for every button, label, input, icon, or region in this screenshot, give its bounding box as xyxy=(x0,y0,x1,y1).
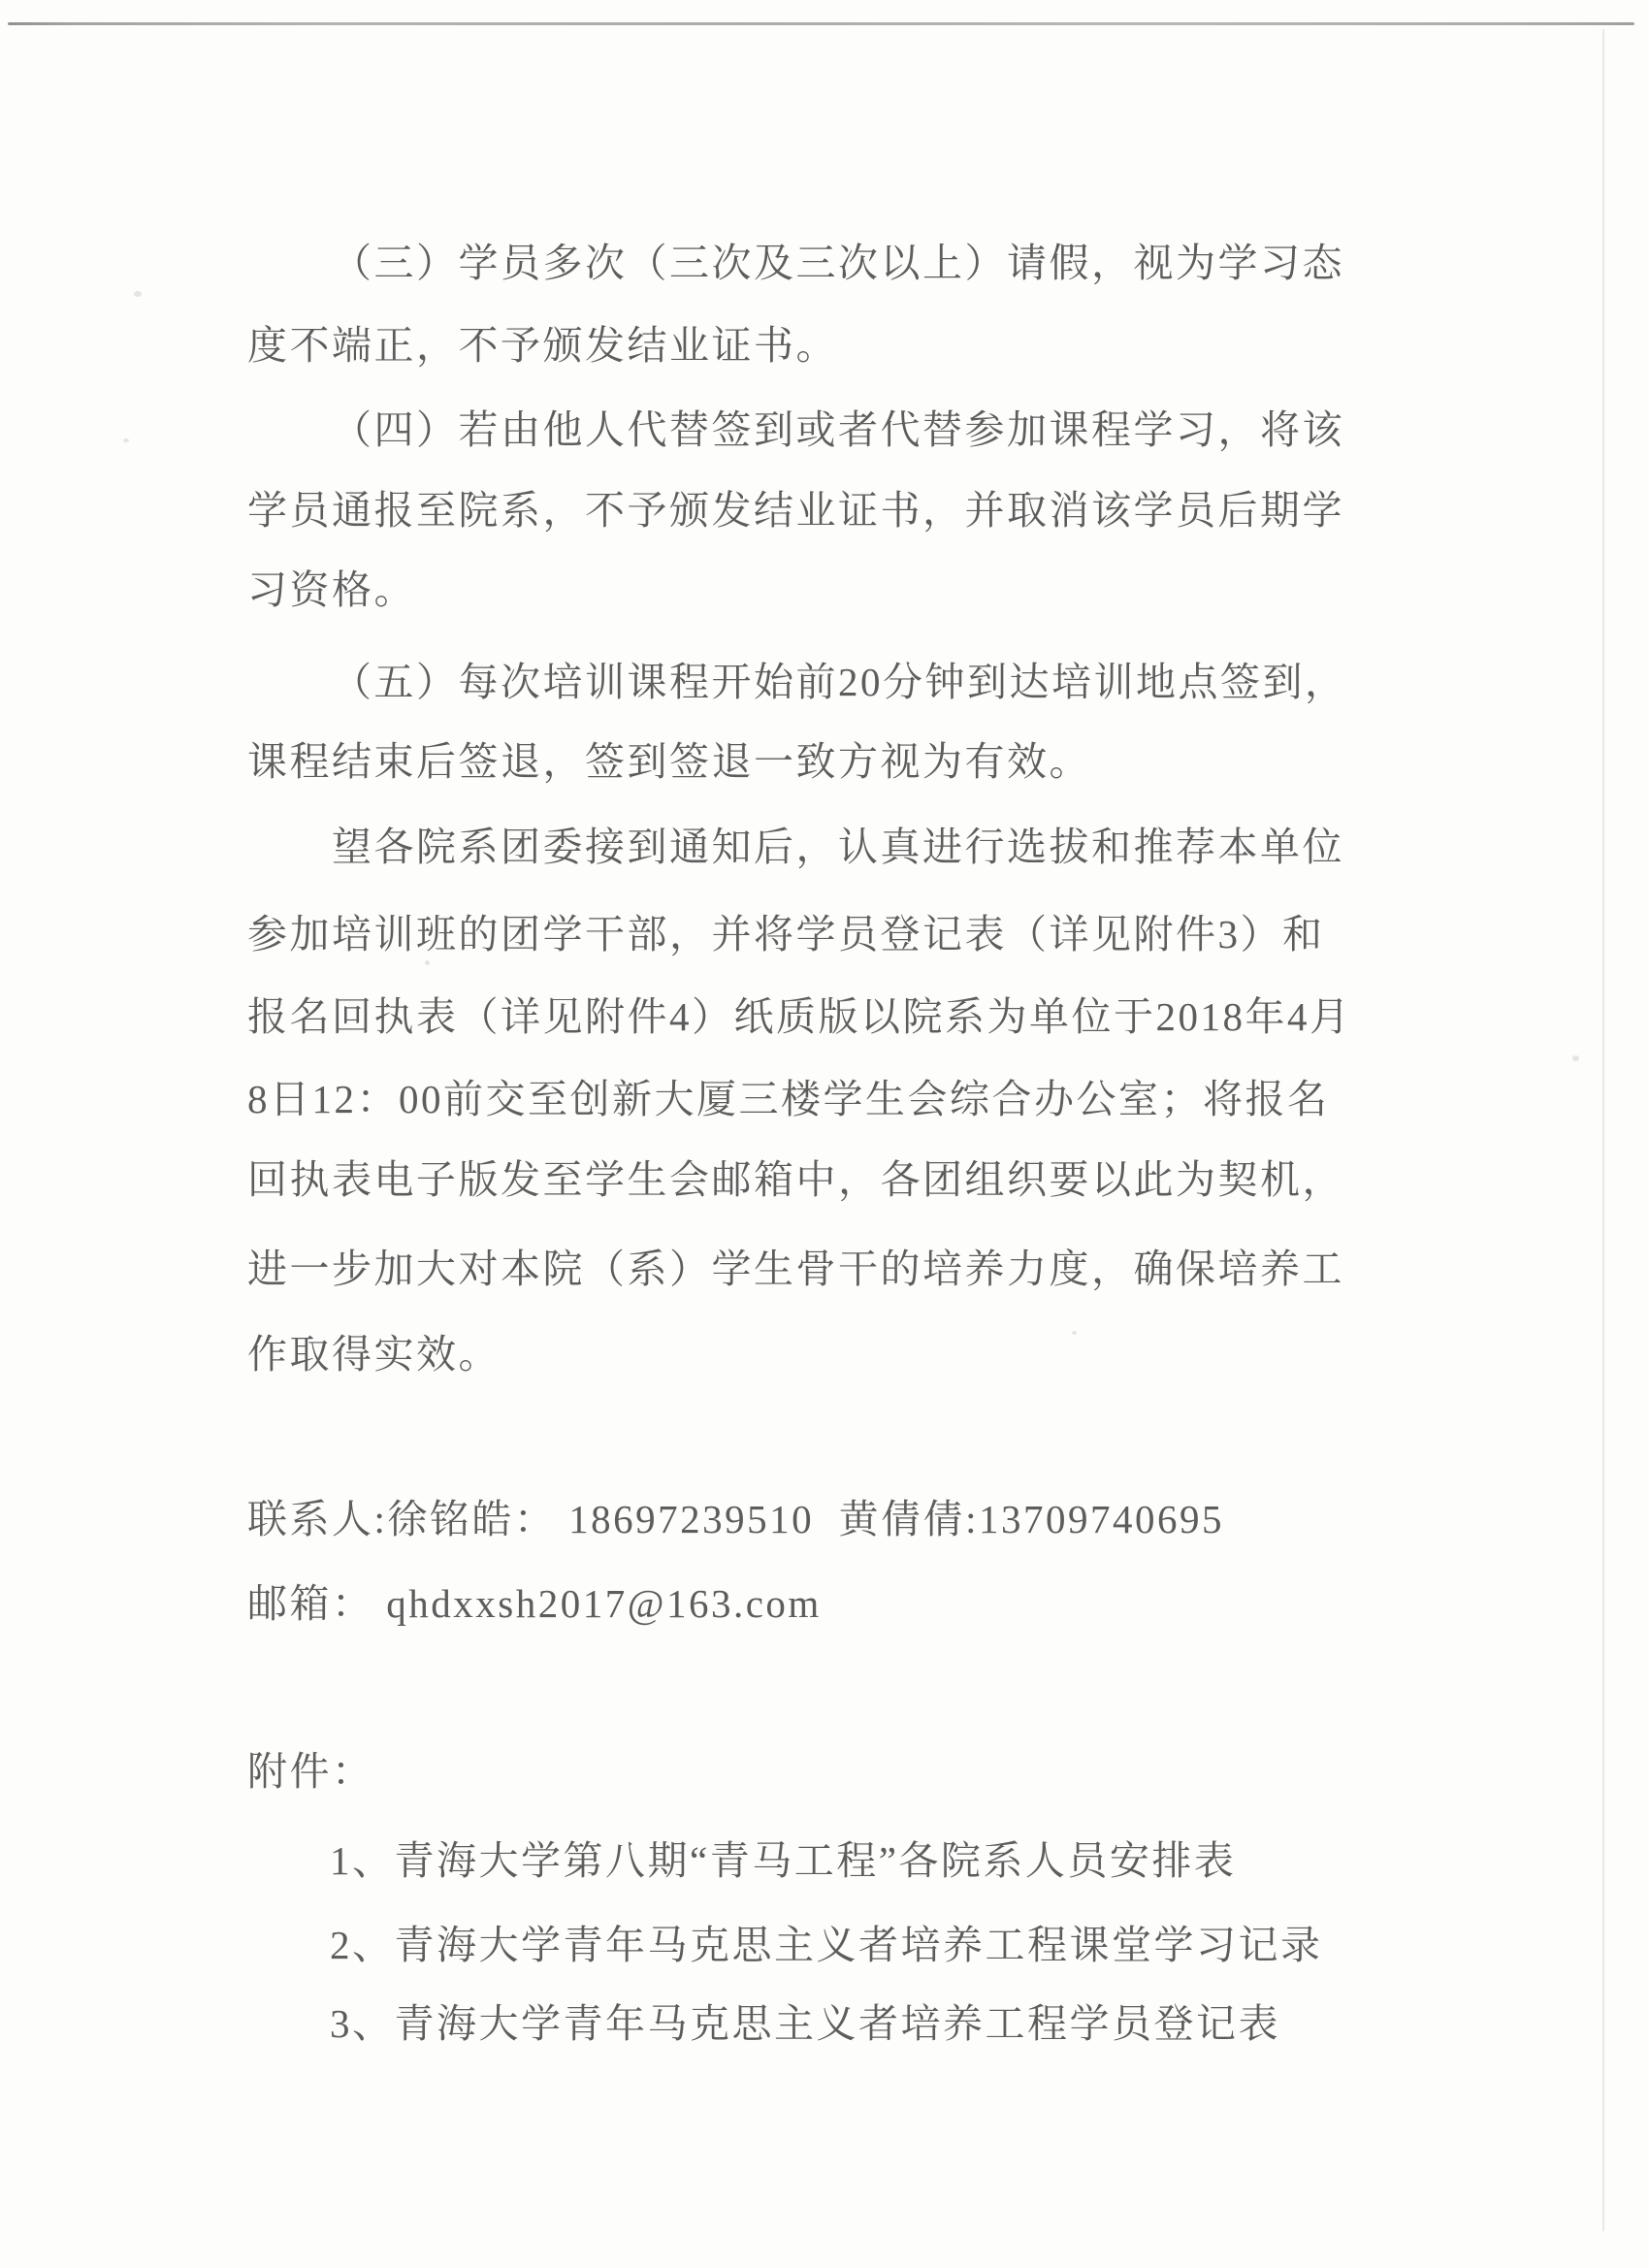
paragraph-line: 8日12：00前交至创新大厦三楼学生会综合办公室；将报名 xyxy=(247,1076,1411,1123)
paragraph-line: 参加培训班的团学干部，并将学员登记表（详见附件3）和 xyxy=(247,911,1411,958)
paragraph-line: 课程结束后签退，签到签退一致方视为有效。 xyxy=(247,738,1411,786)
scan-speckle xyxy=(1572,1055,1579,1061)
paragraph-line: 回执表电子版发至学生会邮箱中，各团组织要以此为契机， xyxy=(247,1156,1411,1204)
contact-line: 联系人:徐铭皓： 18697239510 黄倩倩:13709740695 xyxy=(247,1496,1411,1543)
paragraph-line: （三）学员多次（三次及三次以上）请假，视为学习态 xyxy=(247,240,1496,287)
scan-speckle xyxy=(134,291,142,297)
scan-right-edge-line xyxy=(1602,29,1604,2231)
attachment-item: 2、青海大学青年马克思主义者培养工程课堂学习记录 xyxy=(330,1922,1494,1969)
scanned-document-page: （三）学员多次（三次及三次以上）请假，视为学习态 度不端正，不予颁发结业证书。 … xyxy=(0,0,1649,2268)
email-line: 邮箱： qhdxxsh2017@163.com xyxy=(247,1580,1411,1628)
attachments-heading: 附件： xyxy=(247,1748,1411,1796)
paragraph-line: 望各院系团委接到通知后，认真进行选拔和推荐本单位 xyxy=(247,824,1496,871)
scan-top-edge-line xyxy=(8,22,1634,25)
scan-speckle xyxy=(123,438,129,442)
paragraph-line: （四）若由他人代替签到或者代替参加课程学习，将该 xyxy=(247,406,1496,454)
paragraph-line: 报名回执表（详见附件4）纸质版以院系为单位于2018年4月 xyxy=(247,993,1411,1041)
attachment-item: 1、青海大学第八期“青马工程”各院系人员安排表 xyxy=(330,1837,1494,1885)
paragraph-line: 进一步加大对本院（系）学生骨干的培养力度，确保培养工 xyxy=(247,1246,1411,1293)
attachment-item: 3、青海大学青年马克思主义者培养工程学员登记表 xyxy=(330,2000,1494,2048)
paragraph-line: 度不端正，不予颁发结业证书。 xyxy=(247,322,1411,370)
paragraph-line: 作取得实效。 xyxy=(247,1331,1411,1378)
scan-speckle xyxy=(425,960,430,965)
paragraph-line: 习资格。 xyxy=(247,567,1411,614)
paragraph-line: （五）每次培训课程开始前20分钟到达培训地点签到， xyxy=(247,659,1496,706)
paragraph-line: 学员通报至院系，不予颁发结业证书，并取消该学员后期学 xyxy=(247,487,1411,535)
